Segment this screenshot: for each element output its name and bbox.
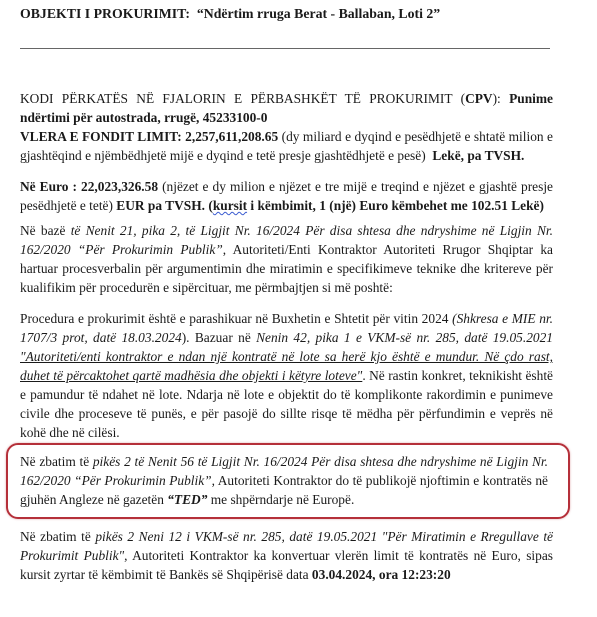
conversion-text-1: Në zbatim të xyxy=(20,529,95,544)
euro-amount: 22,023,326.58 xyxy=(81,179,158,194)
fund-limit-amount: 2,257,611,208.65 xyxy=(185,129,278,144)
fund-limit-paragraph: VLERA E FONDIT LIMIT: 2,257,611,208.65 (… xyxy=(20,127,553,165)
basis-text-1: Në bazë xyxy=(20,223,71,238)
ted-text-3: me shpërndarje në Europë. xyxy=(207,492,354,507)
euro-currency: EUR pa TVSH. xyxy=(116,198,205,213)
legal-basis-paragraph: Në bazë të Nenit 21, pika 2, të Ligjit N… xyxy=(20,221,553,297)
procedure-text-1: Procedura e prokurimit është e parashiku… xyxy=(20,311,452,326)
euro-label: Në Euro : xyxy=(20,179,77,194)
exchange-rate: (kursit i këmbimit, 1 (një) Euro këmbehe… xyxy=(208,198,544,213)
fund-limit-currency: Lekë, pa TVSH. xyxy=(432,148,524,163)
title-label: OBJEKTI I PROKURIMIT: xyxy=(20,6,190,21)
conversion-datetime: 03.04.2024, ora 12:23:20 xyxy=(312,567,451,582)
rate-word-spellcheck: kursit xyxy=(213,198,247,213)
procedure-vkm-reference: Nenin 42, pika 1 e VKM-së nr. 285, datë … xyxy=(256,330,553,345)
conversion-paragraph: Në zbatim të pikës 2 Neni 12 i VKM-së nr… xyxy=(20,527,553,584)
document-page: OBJEKTI I PROKURIMIT: “Ndërtim rruga Ber… xyxy=(0,0,597,617)
cpv-label-end: ): xyxy=(493,91,501,106)
ted-gazette-name: “TED” xyxy=(167,492,207,507)
rate-rest: i këmbimit, 1 (një) Euro këmbehet me 102… xyxy=(247,198,544,213)
ted-text-1: Në zbatim të xyxy=(20,454,93,469)
cpv-code-paragraph: KODI PËRKATËS NË FJALORIN E PËRBASHKËT T… xyxy=(20,89,553,127)
procedure-paragraph: Procedura e prokurimit është e parashiku… xyxy=(20,309,553,442)
euro-value-paragraph: Në Euro : 22,023,326.58 (njëzet e dy mil… xyxy=(20,177,553,215)
title-value: “Ndërtim rruga Berat - Ballaban, Loti 2” xyxy=(197,6,440,21)
procurement-object-title: OBJEKTI I PROKURIMIT: “Ndërtim rruga Ber… xyxy=(20,4,553,23)
horizontal-rule xyxy=(20,48,550,49)
ted-notice-paragraph: Në zbatim të pikës 2 të Nenit 56 të Ligj… xyxy=(20,452,548,509)
cpv-abbr: CPV xyxy=(465,91,493,106)
fund-limit-label: VLERA E FONDIT LIMIT: xyxy=(20,129,182,144)
procedure-text-2: ). Bazuar në xyxy=(182,330,256,345)
cpv-label: KODI PËRKATËS NË FJALORIN E PËRBASHKËT T… xyxy=(20,91,465,106)
